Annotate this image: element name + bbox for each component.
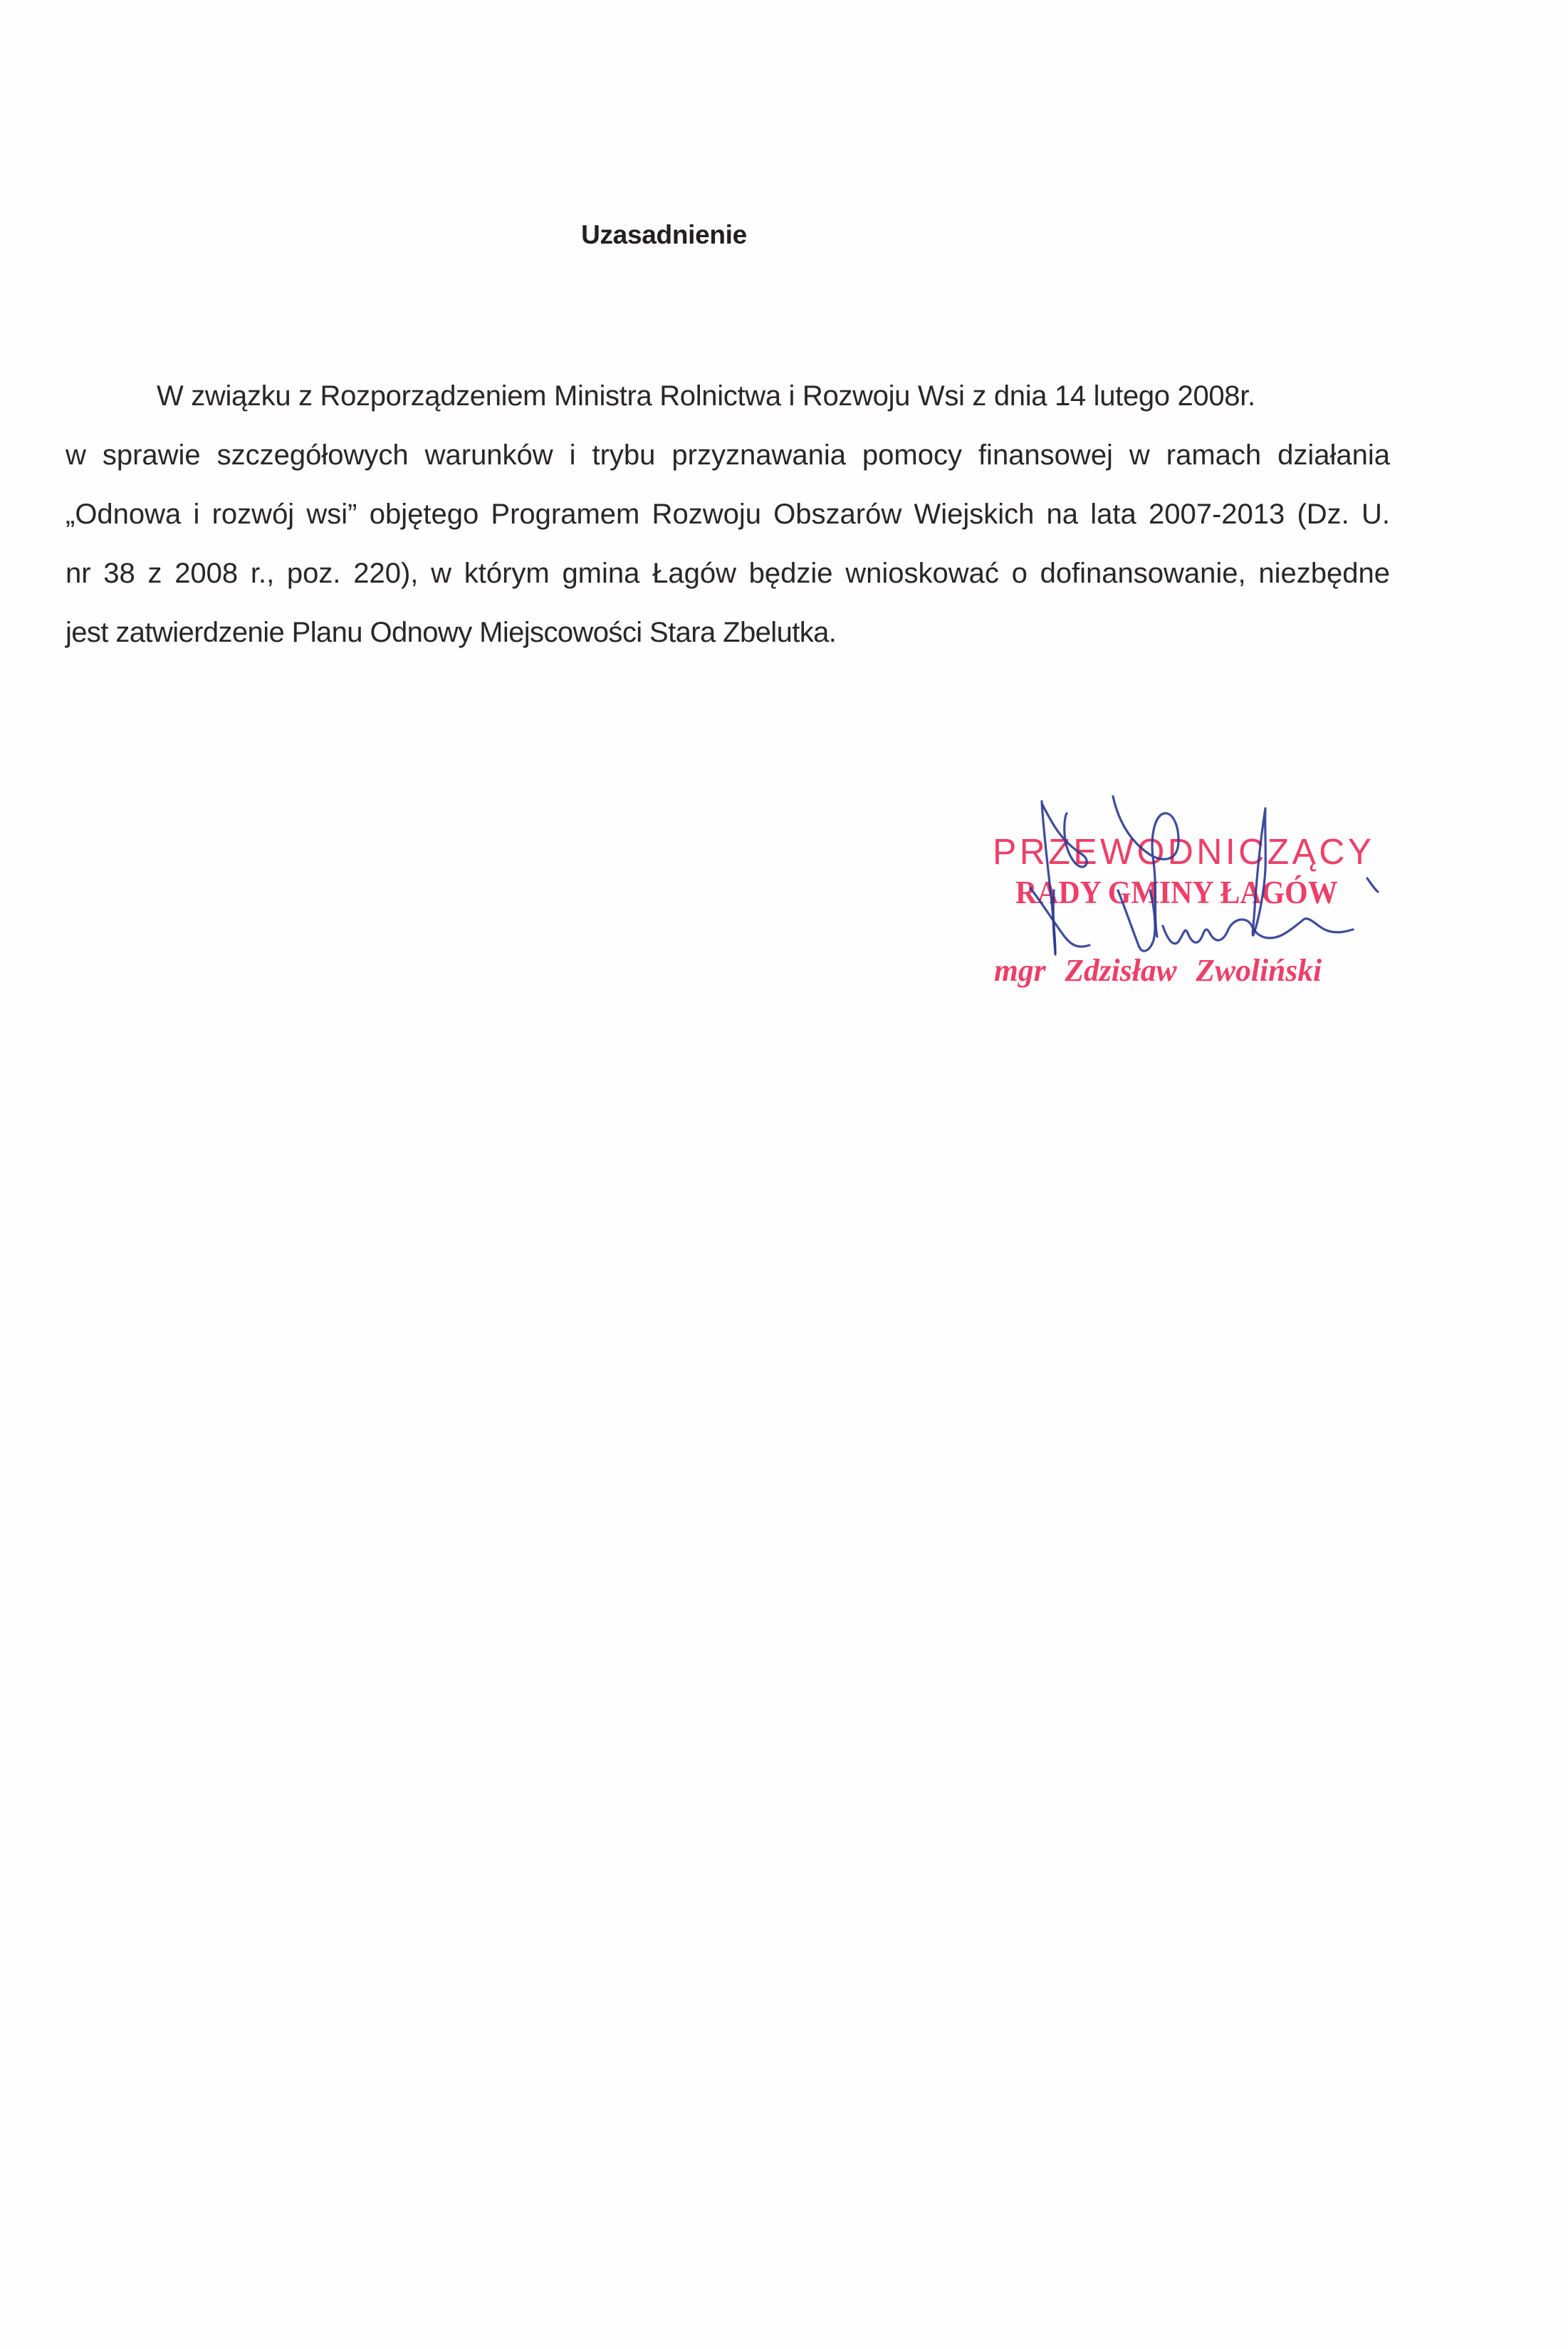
paragraph-line-2: w sprawie szczegółowych warunków i trybu… [66, 426, 1390, 485]
paragraph-line-3: „Odnowa i rozwój wsi” objętego Programem… [66, 485, 1390, 544]
paragraph-line-5: jest zatwierdzenie Planu Odnowy Miejscow… [66, 603, 1390, 662]
document-page: Uzasadnienie W związku z Rozporządzeniem… [0, 0, 1568, 2349]
justification-paragraph: W związku z Rozporządzeniem Ministra Rol… [66, 367, 1390, 662]
paragraph-line-4: nr 38 z 2008 r., poz. 220), w którym gmi… [66, 544, 1390, 603]
document-title: Uzasadnienie [0, 218, 1328, 252]
stamp-council-name: RADY GMINY ŁAGÓW [1015, 875, 1386, 910]
official-stamp: PRZEWODNICZĄCY RADY GMINY ŁAGÓW mgr Zdzi… [983, 783, 1381, 1019]
stamp-title: PRZEWODNICZĄCY [993, 832, 1384, 872]
stamp-signatory-name: mgr Zdzisław Zwoliński [994, 953, 1389, 989]
paragraph-line-1: W związku z Rozporządzeniem Ministra Rol… [66, 367, 1097, 426]
